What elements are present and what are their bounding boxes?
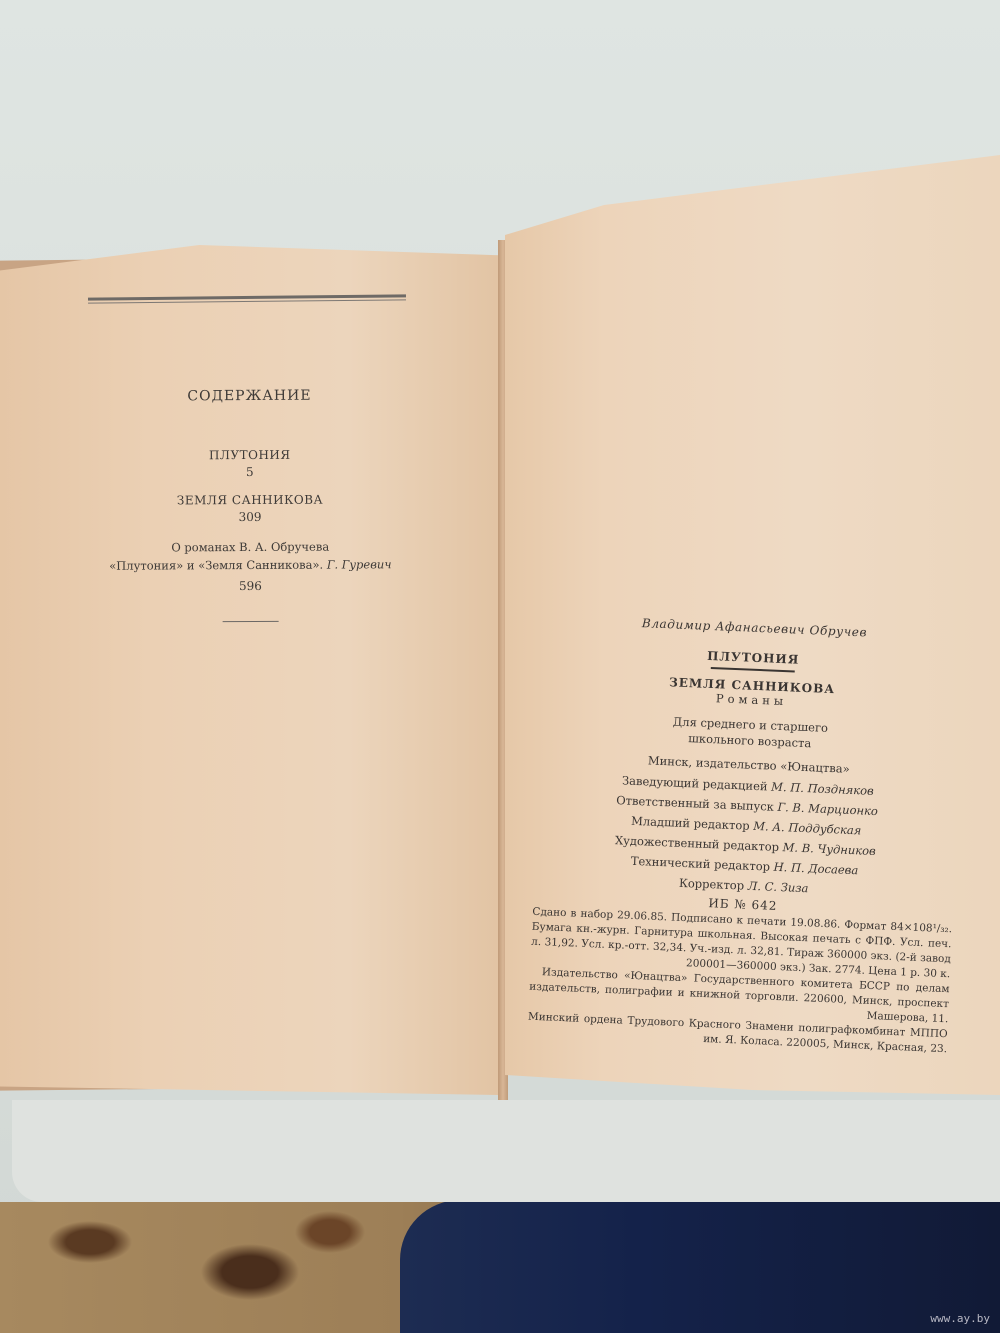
toc-entry-page: 596: [80, 576, 420, 596]
essay-title-works: «Плутония» и «Земля Санникова».: [109, 558, 323, 573]
credit-name: М. А. Поддубская: [753, 818, 862, 837]
table-edge: [12, 1100, 1000, 1202]
toc-entry-title: ПЛУТОНИЯ: [80, 447, 420, 463]
technical-info: Сдано в набор 29.06.85. Подписано к печа…: [527, 904, 952, 1056]
credit-role: Технический редактор: [631, 853, 771, 873]
toc-entry-title: ЗЕМЛЯ САННИКОВА: [80, 492, 420, 508]
watermark: www.ay.by: [930, 1312, 990, 1325]
credit-name: Н. П. Досаева: [773, 859, 858, 877]
credit-name: М. В. Чудников: [782, 840, 876, 858]
credit-role: Корректор: [679, 875, 745, 892]
toc-essay: О романах В. А. Обручева «Плутония» и «З…: [80, 537, 420, 596]
toc-heading: СОДЕРЖАНИЕ: [79, 387, 419, 405]
imprint-block: Владимир Афанасьевич Обручев ПЛУТОНИЯ ЗЕ…: [527, 612, 965, 1057]
audience-label: Для среднего и старшего школьного возрас…: [540, 707, 961, 757]
title-divider: [711, 667, 795, 672]
left-page: [0, 245, 498, 1095]
credit-name: Г. В. Марционко: [777, 799, 878, 817]
jeans-background: [400, 1200, 1000, 1333]
toc-entry-page: 5: [80, 464, 420, 480]
essay-author: Г. Гуревич: [327, 557, 392, 571]
credit-name: М. П. Поздняков: [771, 779, 874, 797]
credit-role: Младший редактор: [631, 813, 750, 832]
credit-name: Л. С. Зиза: [748, 878, 809, 895]
credit-role: Заведующий редакцией: [622, 773, 768, 793]
toc-entry-page: 309: [80, 509, 420, 525]
credits-list: Заведующий редакцией М. П. Поздняков Отв…: [534, 766, 959, 903]
essay-title-line1: О романах В. А. Обручева: [80, 537, 420, 557]
table-of-contents: СОДЕРЖАНИЕ ПЛУТОНИЯ 5 ЗЕМЛЯ САННИКОВА 30…: [79, 379, 420, 623]
essay-title-line2: «Плутония» и «Земля Санникова». Г. Гурев…: [80, 555, 420, 575]
